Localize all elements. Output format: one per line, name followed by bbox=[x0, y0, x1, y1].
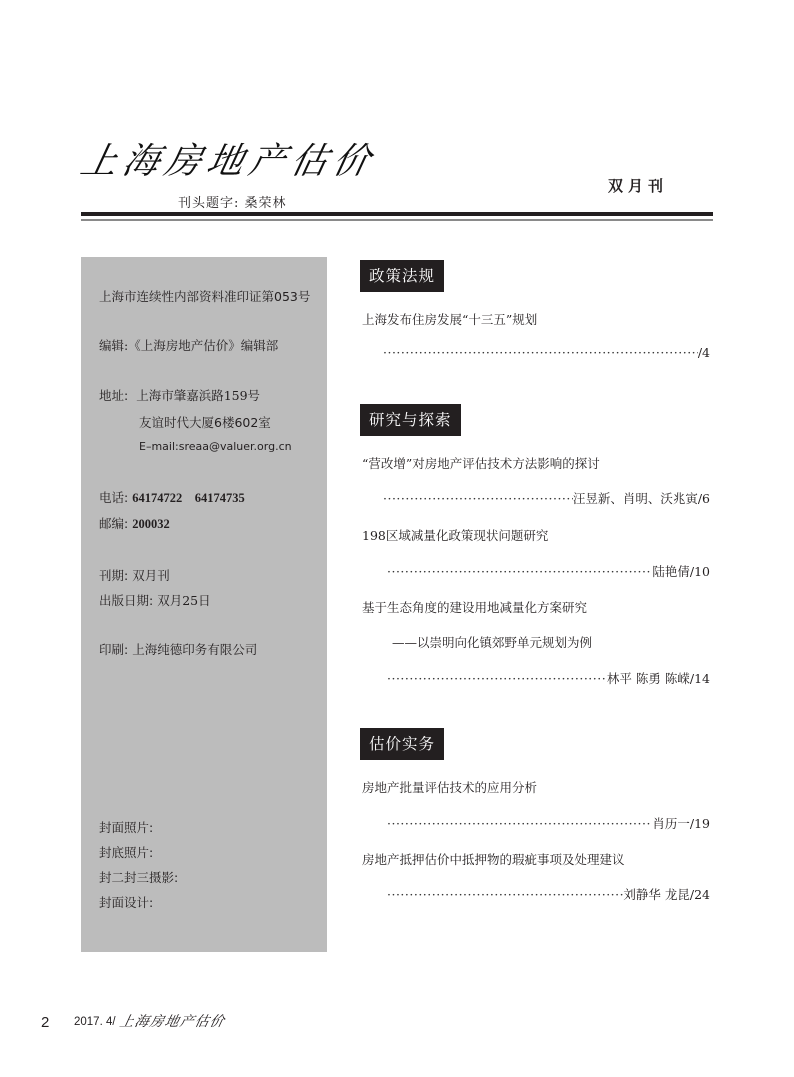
editor-line: 编辑:《上海房地产估价》编辑部 bbox=[99, 336, 278, 354]
leader-dots bbox=[383, 345, 698, 360]
editor-label: 编辑 bbox=[99, 338, 124, 353]
phone-line: 电话: 64174722 64174735 bbox=[99, 488, 245, 506]
article-leader: 林平 陈勇 陈嵘/14 bbox=[387, 669, 710, 687]
period-value: 双月刊 bbox=[132, 568, 170, 583]
period-label: 刊期: bbox=[99, 568, 128, 583]
masthead-logo: 上海房地产估价 bbox=[77, 133, 382, 184]
issue-label: 2017. 4/ bbox=[74, 1016, 116, 1028]
article-authors-page: 肖历一/19 bbox=[652, 814, 710, 832]
article-subtitle: ——以崇明向化镇郊野单元规划为例 bbox=[392, 633, 592, 651]
article-leader: /4 bbox=[383, 345, 710, 360]
zip-line: 邮编: 200032 bbox=[99, 514, 170, 532]
leader-dots bbox=[387, 887, 623, 902]
article-leader: 肖历一/19 bbox=[387, 814, 710, 832]
section-header-research: 研究与探索 bbox=[360, 404, 461, 436]
article-title[interactable]: 上海发布住房发展“十三五”规划 bbox=[362, 310, 537, 328]
leader-dots bbox=[383, 491, 573, 506]
address-line-1: 地址: 上海市肇嘉浜路159号 bbox=[99, 386, 260, 404]
article-leader: 刘静华 龙昆/24 bbox=[387, 885, 710, 903]
article-title[interactable]: 房地产抵押估价中抵押物的瑕疵事项及处理建议 bbox=[362, 850, 625, 868]
article-authors-page: 刘静华 龙昆/24 bbox=[623, 885, 710, 903]
phone-label: 电话: bbox=[99, 490, 128, 505]
pubdate-line: 出版日期: 双月25日 bbox=[99, 591, 211, 609]
article-title[interactable]: 基于生态角度的建设用地减量化方案研究 bbox=[362, 598, 587, 616]
footer-logo: 上海房地产估价 bbox=[118, 1011, 227, 1031]
article-title[interactable]: 房地产批量评估技术的应用分析 bbox=[362, 778, 537, 796]
editor-value: :《上海房地产估价》编辑部 bbox=[124, 338, 278, 353]
article-authors-page: 汪昱新、肖明、沃兆寅/6 bbox=[573, 489, 710, 507]
phone-value: 64174722 64174735 bbox=[132, 491, 245, 505]
permit-number: 上海市连续性内部资料准印证第053号 bbox=[99, 287, 310, 305]
email-address: E–mail:sreaa@valuer.org.cn bbox=[139, 440, 292, 453]
article-authors-page: 陆艳倩/10 bbox=[652, 562, 710, 580]
article-leader: 汪昱新、肖明、沃兆寅/6 bbox=[383, 489, 710, 507]
zip-label: 邮编: bbox=[99, 516, 128, 531]
credit-cover-photo: 封面照片: bbox=[99, 818, 153, 836]
leader-dots bbox=[387, 671, 607, 686]
header-rule-thin bbox=[81, 219, 713, 221]
article-authors-page: /4 bbox=[698, 345, 710, 360]
printer-line: 印刷: 上海纯德印务有限公司 bbox=[99, 640, 257, 658]
article-title[interactable]: 198区域减量化政策现状问题研究 bbox=[362, 526, 548, 544]
address-value-1: 上海市肇嘉浜路159号 bbox=[136, 388, 260, 403]
section-header-practice: 估价实务 bbox=[360, 728, 444, 760]
pubdate-label: 出版日期: bbox=[99, 593, 153, 608]
article-leader: 陆艳倩/10 bbox=[387, 562, 710, 580]
header-rule-thick bbox=[81, 212, 713, 216]
zip-value: 200032 bbox=[132, 517, 170, 531]
pubdate-value: 双月25日 bbox=[157, 593, 210, 608]
credit-inside-photo: 封二封三摄影: bbox=[99, 868, 178, 886]
masthead-calligrapher-credit: 刊头题字: 桑荣林 bbox=[178, 192, 287, 211]
printer-value: 上海纯德印务有限公司 bbox=[132, 642, 257, 657]
period-line: 刊期: 双月刊 bbox=[99, 566, 170, 584]
article-authors-page: 林平 陈勇 陈嵘/14 bbox=[607, 669, 710, 687]
credit-back-photo: 封底照片: bbox=[99, 843, 153, 861]
leader-dots bbox=[387, 816, 652, 831]
credit-cover-design: 封面设计: bbox=[99, 893, 153, 911]
leader-dots bbox=[387, 564, 652, 579]
address-label: 地址: bbox=[99, 388, 128, 403]
article-title[interactable]: “营改增”对房地产评估技术方法影响的探讨 bbox=[362, 454, 600, 472]
printer-label: 印刷: bbox=[99, 642, 128, 657]
page-number: 2 bbox=[41, 1014, 49, 1031]
publication-frequency: 双月刊 bbox=[608, 175, 668, 196]
address-value-2: 友谊时代大厦6楼602室 bbox=[139, 413, 271, 431]
section-header-policy: 政策法规 bbox=[360, 260, 444, 292]
